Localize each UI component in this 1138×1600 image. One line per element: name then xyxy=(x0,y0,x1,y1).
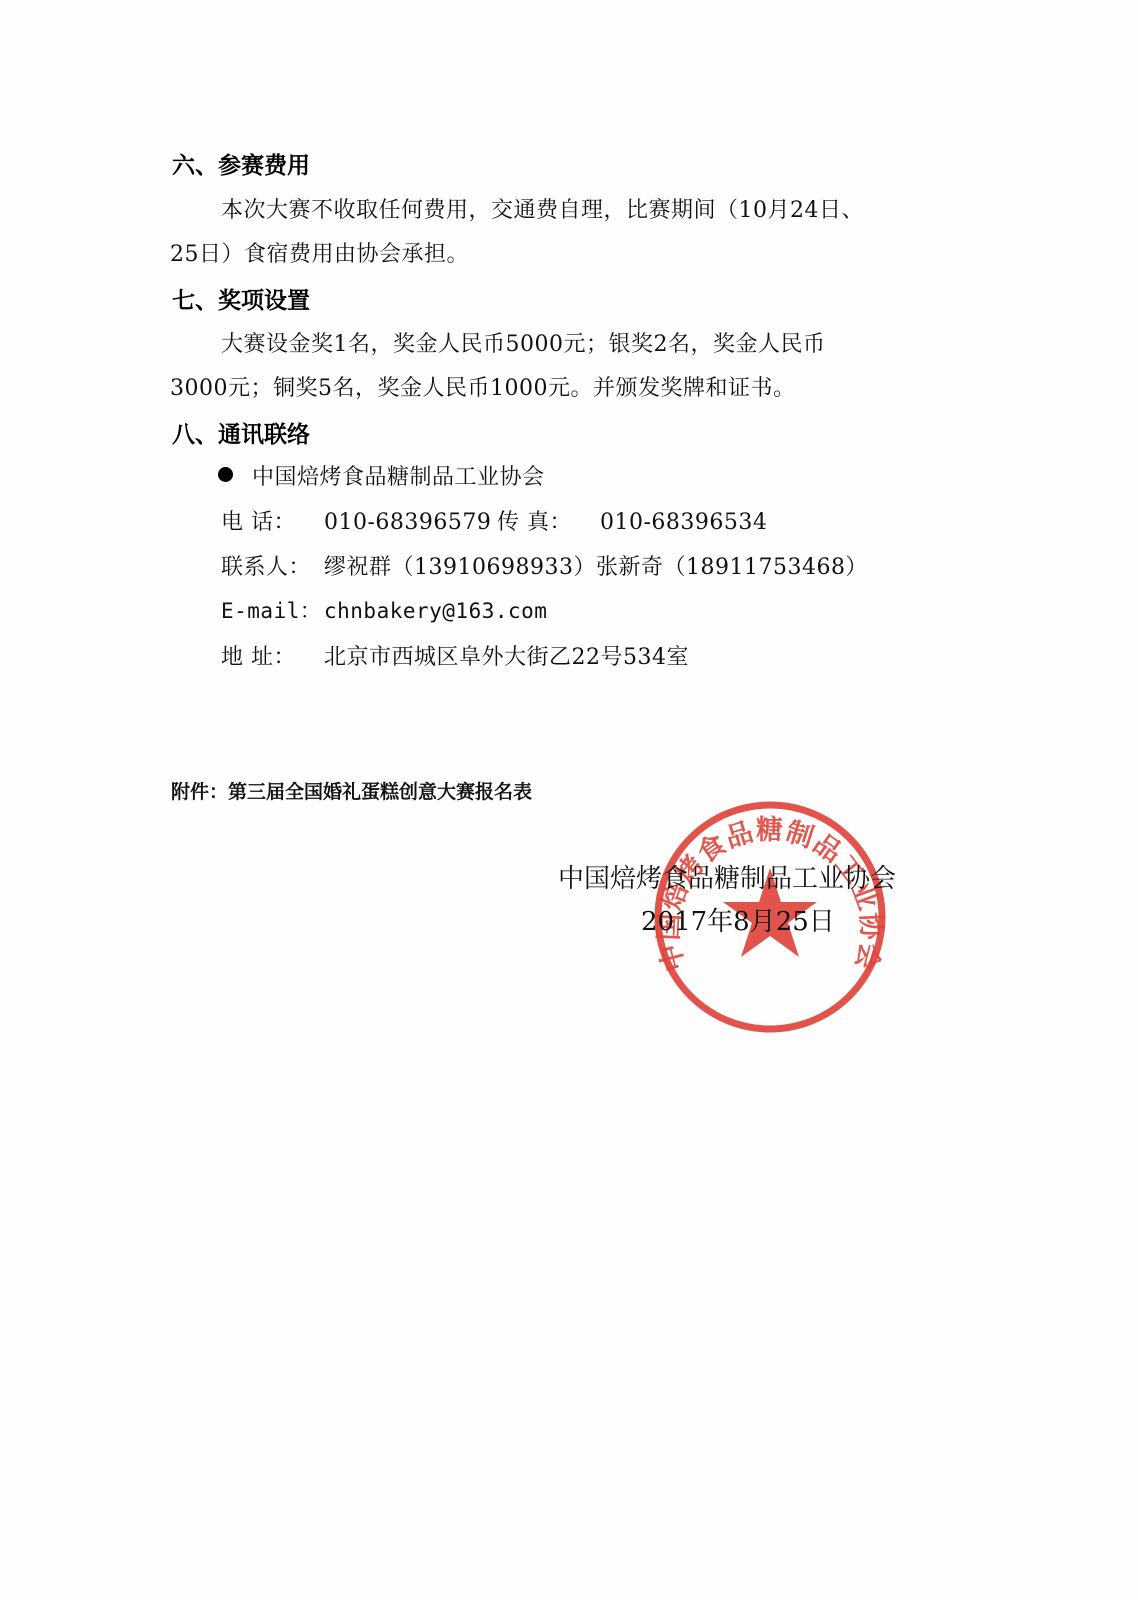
contact-organization: 中国焙烤食品糖制品工业协会 xyxy=(252,460,545,491)
fees-paragraph-line-1: 本次大赛不收取任何费用，交通费自理，比赛期间（10月24日、 xyxy=(221,193,864,224)
fax-row: 传 真：010-68396534 xyxy=(497,505,767,536)
address-row: 地 址：北京市西城区阜外大街乙22号534室 xyxy=(221,640,689,671)
section-heading-contact: 八、通讯联络 xyxy=(172,416,310,449)
email-label: E-mail： xyxy=(221,595,324,625)
email-value[interactable]: chnbakery@163.com xyxy=(324,599,547,623)
signature-organization: 中国焙烤食品糖制品工业协会 xyxy=(558,858,896,895)
phone-row: 电 话：010-68396579 xyxy=(221,505,491,536)
awards-paragraph-line-2: 3000元；铜奖5名，奖金人民币1000元。并颁发奖牌和证书。 xyxy=(170,371,795,402)
contacts-row: 联系人：缪祝群（13910698933）张新奇（18911753468） xyxy=(221,550,868,581)
contacts-value: 缪祝群（13910698933）张新奇（18911753468） xyxy=(324,555,868,580)
document-page: 六、参赛费用 本次大赛不收取任何费用，交通费自理，比赛期间（10月24日、 25… xyxy=(0,0,1138,1600)
address-value: 北京市西城区阜外大街乙22号534室 xyxy=(324,645,689,670)
awards-paragraph-line-1: 大赛设金奖1名，奖金人民币5000元；银奖2名，奖金人民币 xyxy=(221,327,825,358)
section-heading-fees: 六、参赛费用 xyxy=(172,147,310,180)
attachment-note: 附件：第三届全国婚礼蛋糕创意大赛报名表 xyxy=(171,777,532,804)
phone-label: 电 话： xyxy=(221,505,324,536)
signature-date: 2017年8月25日 xyxy=(641,901,835,938)
section-heading-awards: 七、奖项设置 xyxy=(172,282,310,315)
contacts-label: 联系人： xyxy=(221,550,324,581)
bullet-icon xyxy=(218,467,233,482)
fees-paragraph-line-2: 25日）食宿费用由协会承担。 xyxy=(170,237,469,268)
phone-value: 010-68396579 xyxy=(324,510,491,535)
email-row: E-mail：chnbakery@163.com xyxy=(221,595,547,625)
fax-label: 传 真： xyxy=(497,505,600,536)
address-label: 地 址： xyxy=(221,640,324,671)
fax-value: 010-68396534 xyxy=(600,510,767,535)
